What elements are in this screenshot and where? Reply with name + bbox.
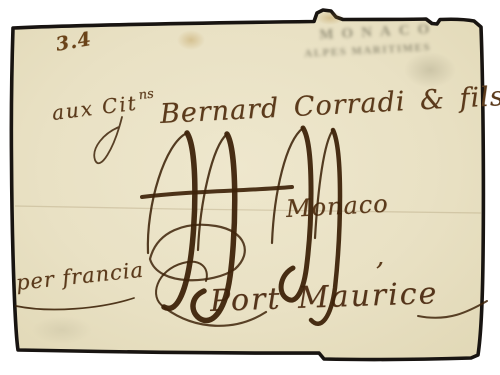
stain bbox=[32, 316, 92, 344]
photo-of-entire-letter: MONACO ALPES MARITIMES 3.4 aux Citns Ber… bbox=[0, 0, 500, 375]
stain bbox=[177, 30, 205, 50]
stain bbox=[316, 11, 344, 25]
via-line: Monaco bbox=[285, 190, 389, 223]
letter-sheet bbox=[0, 0, 500, 375]
comma-mark: , bbox=[376, 242, 384, 272]
stain bbox=[404, 52, 456, 88]
address-prefix-superscript: ns bbox=[138, 87, 155, 104]
